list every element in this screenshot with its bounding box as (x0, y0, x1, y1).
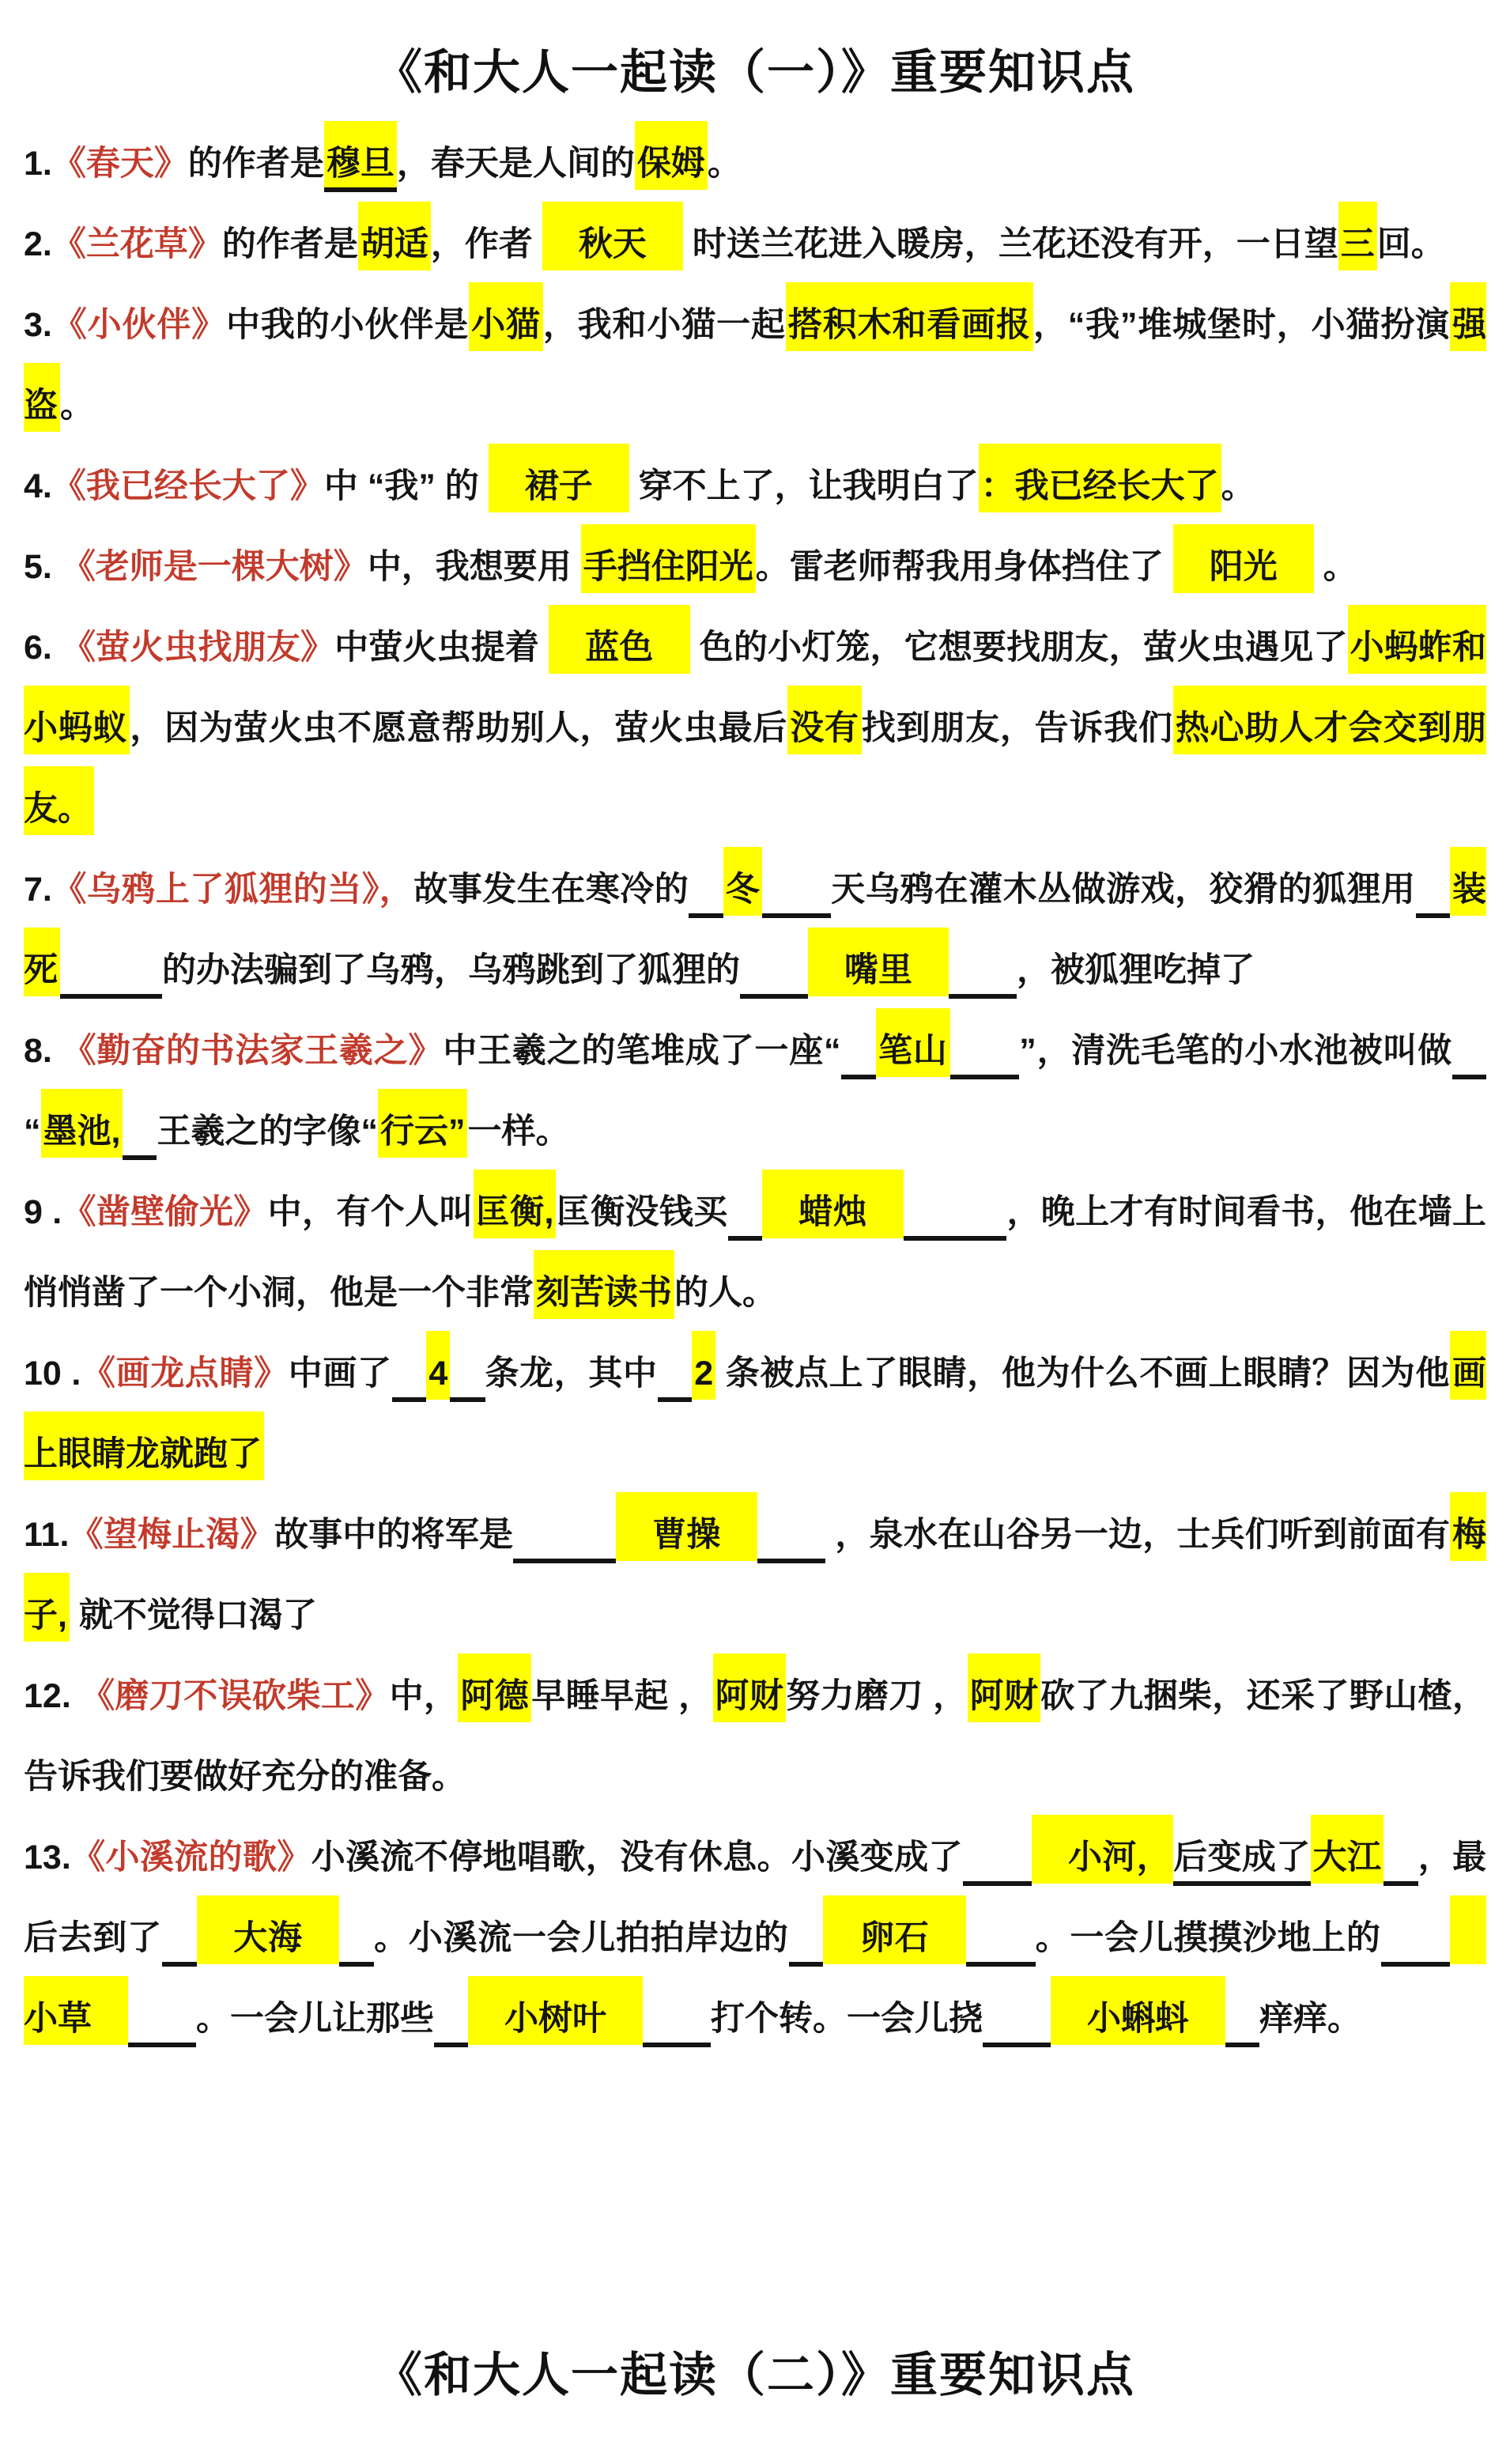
text-run: 。雷老师帮我用身体挡住了 (756, 548, 1173, 586)
answer-highlight: 刻苦读书 (534, 1250, 674, 1319)
blank-line: ＿＿ (128, 2000, 196, 2047)
text-run: ，泉水在山谷另一边，士兵们听到前面有 (825, 1516, 1450, 1554)
text-run: 。 (1314, 548, 1357, 586)
text-run: 11. (24, 1516, 69, 1554)
text-run: 努力磨刀 ， (786, 1677, 967, 1715)
answer-highlight: 穆旦 (324, 121, 397, 192)
knowledge-item-10: 10 .《画龙点睛》中画了＿4＿条龙，其中＿2 条被点上了眼睛，他为什么不画上眼… (24, 1333, 1486, 1495)
text-run: 7. (24, 871, 52, 909)
text-run: 故事发生在寒冷的 (413, 871, 689, 909)
blank-line: ＿ (1225, 2000, 1259, 2047)
answer-highlight: 卵石 (823, 1895, 966, 1964)
blank-line: ＿ (434, 2000, 468, 2047)
answer-highlight: 保姆 (635, 121, 708, 190)
answer-highlight: 强盗 (24, 282, 1486, 432)
text-run: 就不觉得口渴了 (70, 1597, 317, 1634)
text-run: 早睡早起 ， (531, 1677, 712, 1715)
book-title: 《我已经长大了》 (52, 467, 324, 505)
text-run: 中， (390, 1677, 459, 1715)
text-run: 中，我想要用 (368, 548, 581, 586)
text-run: 王羲之的字像“ (157, 1113, 378, 1151)
text-run: 5. (24, 548, 62, 586)
blank-line: ＿＿ (950, 1032, 1020, 1079)
text-run: 穿不上了，让我明白了 (629, 467, 979, 505)
book-title: 《画龙点睛》 (81, 1355, 288, 1393)
text-run: 匡衡没钱买 (556, 1193, 727, 1231)
worksheet-page: 《和大人一起读（一）》重要知识点 1.《春天》的作者是穆旦，春天是人间的保姆。2… (0, 0, 1510, 2464)
answer-highlight: 匡衡, (474, 1170, 557, 1238)
text-run: ，春天是人间的 (397, 145, 635, 183)
text-run: ”，清洗毛笔的小水池被叫做 (1019, 1032, 1452, 1070)
blank-line: ＿ (728, 1193, 762, 1241)
text-run: ，因为萤火虫不愿意帮助别人，萤火虫最后 (130, 709, 787, 747)
text-run: 故事中的将军是 (274, 1516, 513, 1554)
text-run: ，作者 (431, 225, 542, 263)
knowledge-item-9: 9 .《凿壁偷光》中，有个人叫匡衡,匡衡没钱买＿ 蜡烛 ＿＿＿，晚上才有时间看书… (24, 1172, 1486, 1333)
filled-blank-text: 后变成了 (1173, 1839, 1311, 1886)
text-run: 。一会儿摸摸沙地上的 (1036, 1919, 1381, 1957)
blank-line: ＿ (450, 1355, 485, 1402)
text-run: 天乌鸦在灌木丛做游戏，狡猾的狐狸用 (831, 871, 1415, 909)
text-run: 13. (24, 1839, 71, 1876)
text-run: 3. (24, 306, 52, 344)
answer-highlight: 小树叶 (468, 1976, 643, 2045)
text-run: 一样。 (467, 1113, 569, 1151)
text-run: 的办法骗到了乌鸦，乌鸦跳到了狐狸的 (162, 951, 740, 989)
text-run: 2. (24, 225, 52, 263)
book-title: 《萤火虫找朋友》 (62, 629, 334, 667)
answer-highlight: 4 (426, 1331, 450, 1400)
answer-highlight: 小河， (1032, 1815, 1174, 1884)
text-run: 12. (24, 1677, 81, 1715)
answer-highlight: 阿财 (968, 1653, 1041, 1722)
text-run: 中萤火虫提着 (334, 629, 549, 667)
blank-line: ＿＿ (966, 1919, 1035, 1967)
blank-line: ＿＿＿ (60, 951, 162, 999)
book-title: 《凿壁偷光》 (62, 1193, 267, 1231)
blank-line: ＿＿ (963, 1839, 1032, 1886)
text-run: 9 . (24, 1193, 62, 1231)
text-run: ，被狐狸吃掉了 (1017, 951, 1255, 989)
answer-highlight: 搭积木和看画报 (786, 282, 1033, 351)
section-2-title: 《和大人一起读（二）》重要知识点 (24, 2337, 1486, 2405)
knowledge-item-4: 4.《我已经长大了》中 “我” 的 裙子 穿不上了，让我明白了：我已经长大了。 (24, 446, 1486, 527)
answer-highlight: 阳光 (1173, 524, 1314, 593)
text-run: 的作者是 (222, 225, 358, 263)
text-run: 打个转。一会儿挠 (711, 2000, 983, 2038)
text-run: 的作者是 (188, 145, 324, 183)
book-title: 《兰花草》 (52, 225, 222, 263)
text-run: 中我的小伙伴是 (226, 306, 469, 344)
answer-highlight: 冬 (723, 847, 763, 916)
answer-highlight: 行云” (378, 1089, 468, 1158)
text-run: 中画了 (289, 1355, 392, 1393)
book-title: 《磨刀不误砍柴工》 (81, 1677, 390, 1715)
text-run: 。 (708, 145, 742, 183)
text-run: 1. (24, 145, 52, 183)
book-title: 《小溪流的歌》 (71, 1839, 311, 1876)
blank-line: ＿＿＿ (513, 1516, 616, 1563)
answer-highlight: 大海 (197, 1895, 340, 1964)
blank-line: ＿ (123, 1113, 157, 1160)
knowledge-item-13: 13.《小溪流的歌》小溪流不停地唱歌，没有休息。小溪变成了＿＿ 小河，后变成了大… (24, 1817, 1486, 2059)
answer-highlight: 墨池, (41, 1089, 123, 1158)
blank-line: ＿＿＿ (904, 1193, 1006, 1241)
knowledge-item-1: 1.《春天》的作者是穆旦，春天是人间的保姆。 (24, 123, 1486, 204)
answer-highlight: 裙子 (489, 444, 629, 512)
answer-highlight: 曹操 (616, 1492, 757, 1561)
blank-line: ＿ (339, 1919, 374, 1967)
answer-highlight: 2 (692, 1331, 715, 1400)
answer-highlight: 阿德 (458, 1653, 531, 1722)
answer-highlight: ：我已经长大了 (979, 444, 1221, 512)
text-run: 8. (24, 1032, 62, 1070)
answer-highlight: 热心助人才会交到朋友。 (24, 686, 1486, 835)
section-1-title: 《和大人一起读（一）》重要知识点 (24, 35, 1486, 103)
blank-line: ＿＿ (762, 871, 831, 918)
blank-line: ＿＿ (1381, 1919, 1450, 1967)
answer-highlight: 阿财 (713, 1653, 787, 1722)
section-1-items: 1.《春天》的作者是穆旦，春天是人间的保姆。2.《兰花草》的作者是胡适，作者 秋… (24, 123, 1486, 2059)
knowledge-item-2: 2.《兰花草》的作者是胡适，作者 秋天 时送兰花进入暖房，兰花还没有开，一日望三… (24, 204, 1486, 285)
answer-highlight: 嘴里 (808, 928, 949, 996)
answer-highlight: 画上眼睛龙就跑了 (24, 1331, 1486, 1480)
knowledge-item-3: 3.《小伙伴》中我的小伙伴是小猫，我和小猫一起搭积木和看画报，“我”堆城堡时，小… (24, 285, 1486, 446)
knowledge-item-8: 8. 《勤奋的书法家王羲之》中王羲之的笔堆成了一座“＿笔山＿＿”，清洗毛笔的小水… (24, 1011, 1486, 1172)
answer-highlight: 胡适 (358, 202, 431, 270)
book-title: 《小伙伴》 (52, 306, 226, 344)
text-run: 痒痒。 (1259, 2000, 1361, 2038)
answer-highlight: 蜡烛 (762, 1170, 904, 1238)
book-title: 《勤奋的书法家王羲之》 (62, 1032, 444, 1070)
answer-highlight: 蓝色 (549, 605, 690, 674)
text-run: 10 . (24, 1355, 81, 1393)
text-run: 时送兰花进入暖房，兰花还没有开，一日望 (683, 225, 1338, 263)
text-run: 小溪流不停地唱歌，没有休息。小溪变成了 (311, 1839, 963, 1876)
answer-highlight: 小猫 (469, 282, 543, 351)
blank-line: ＿ (1452, 1032, 1486, 1079)
blank-line: ＿ (392, 1355, 427, 1402)
text-run: ，我和小猫一起 (543, 306, 786, 344)
blank-line: ＿ (689, 871, 723, 918)
book-title: 《老师是一棵大树》 (62, 548, 368, 586)
book-title: 《乌鸦上了狐狸的当》， (52, 871, 413, 909)
knowledge-item-12: 12. 《磨刀不误砍柴工》中，阿德早睡早起 ，阿财努力磨刀 ，阿财砍了九捆柴，还… (24, 1656, 1486, 1817)
blank-line: ＿ (1416, 871, 1451, 918)
blank-line: ＿ (162, 1919, 197, 1967)
blank-line: ＿ (789, 1919, 824, 1967)
blank-line: ＿＿ (983, 2000, 1051, 2047)
text-run: 条被点上了眼睛，他为什么不画上眼睛？因为他 (715, 1355, 1450, 1393)
blank-line: ＿＿ (740, 951, 808, 999)
blank-line: ＿ (841, 1032, 877, 1079)
answer-highlight: 笔山 (876, 1008, 950, 1077)
text-run: 色的小灯笼，它想要找朋友，萤火虫遇见了 (690, 629, 1348, 667)
answer-highlight: 秋天 (542, 202, 683, 270)
text-run: 。小溪流一会儿拍拍岸边的 (374, 1919, 789, 1957)
text-run: 条龙，其中 (485, 1355, 658, 1393)
blank-line: ＿＿ (643, 2000, 711, 2047)
answer-highlight: 大江 (1311, 1815, 1384, 1884)
text-run: 。一会儿让那些 (196, 2000, 434, 2038)
text-run: 6. (24, 629, 62, 667)
text-run: ，“我”堆城堡时，小猫扮演 (1033, 306, 1450, 344)
answer-highlight: 没有 (787, 686, 862, 754)
text-run: 找到朋友，告诉我们 (862, 709, 1173, 747)
text-run: “ (24, 1113, 41, 1151)
blank-line: ＿ (658, 1355, 693, 1402)
blank-line: ＿ (1384, 1839, 1418, 1886)
text-run: 4. (24, 467, 52, 505)
text-run: 中，有个人叫 (268, 1193, 474, 1231)
book-title: 《望梅止渴》 (69, 1516, 274, 1554)
blank-line: ＿＿ (949, 951, 1017, 999)
text-run: 。 (60, 387, 94, 425)
knowledge-item-6: 6. 《萤火虫找朋友》中萤火虫提着 蓝色 色的小灯笼，它想要找朋友，萤火虫遇见了… (24, 607, 1486, 849)
knowledge-item-7: 7.《乌鸦上了狐狸的当》，故事发生在寒冷的＿冬＿＿天乌鸦在灌木丛做游戏，狡猾的狐… (24, 849, 1486, 1011)
knowledge-item-11: 11.《望梅止渴》故事中的将军是＿＿＿ 曹操 ＿＿ ，泉水在山谷另一边，士兵们听… (24, 1495, 1486, 1656)
answer-highlight: 三 (1338, 202, 1377, 270)
answer-highlight: 手挡住阳光 (581, 524, 756, 593)
book-title: 《春天》 (52, 145, 188, 183)
text-run: 的人。 (674, 1274, 776, 1312)
text-run: 回。 (1377, 225, 1445, 263)
knowledge-item-5: 5. 《老师是一棵大树》中，我想要用 手挡住阳光。雷老师帮我用身体挡住了 阳光 … (24, 527, 1486, 607)
text-run: 中王羲之的笔堆成了一座“ (443, 1032, 840, 1070)
answer-highlight: 小蝌蚪 (1051, 1976, 1225, 2045)
text-run: 。 (1221, 467, 1255, 505)
blank-line: ＿＿ (757, 1516, 825, 1563)
text-run: 中 “我” 的 (324, 467, 489, 505)
